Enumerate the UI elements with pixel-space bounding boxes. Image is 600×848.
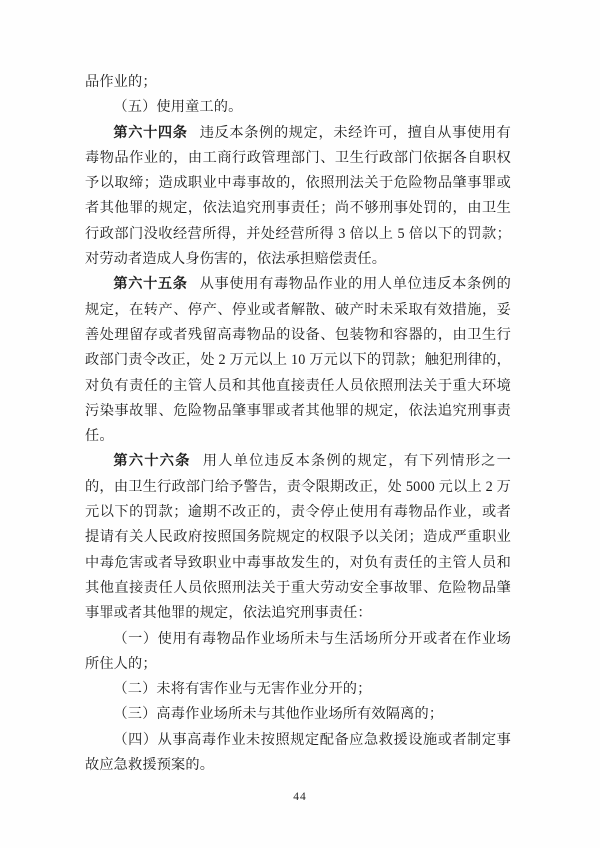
article-64-paragraph: 第六十四条违反本条例的规定，未经许可，擅自从事使用有毒物品作业的，由工商行政管理…	[85, 121, 511, 273]
list-item-2: （二）未将有害作业与无害作业分开的；	[85, 677, 511, 702]
list-item-1-text: （一）使用有毒物品作业场所未与生活场所分开或者在作业场所住人的；	[85, 631, 511, 672]
page-number: 44	[0, 791, 600, 803]
list-item-1: （一）使用有毒物品作业场所未与生活场所分开或者在作业场所住人的；	[85, 627, 511, 678]
document-body: 品作业的； （五）使用童工的。 第六十四条违反本条例的规定，未经许可，擅自从事使…	[85, 70, 511, 778]
article-66-text: 用人单位违反本条例的规定，有下列情形之一的，由卫生行政部门给予警告，责令限期改正…	[85, 453, 511, 621]
article-66-number: 第六十六条	[113, 453, 190, 469]
article-64-number: 第六十四条	[113, 125, 187, 141]
article-65-text: 从事使用有毒物品作业的用人单位违反本条例的规定，在转产、停产、停业或者解散、破产…	[85, 276, 511, 444]
article-64-text: 违反本条例的规定，未经许可，擅自从事使用有毒物品作业的，由工商行政管理部门、卫生…	[85, 125, 511, 267]
list-item-2-text: （二）未将有害作业与无害作业分开的；	[113, 681, 371, 697]
continuation-line: 品作业的；	[85, 70, 511, 95]
list-item-3-text: （三）高毒作业场所未与其他作业场所有效隔离的；	[113, 706, 443, 722]
list-item-5: （五）使用童工的。	[85, 95, 511, 120]
list-item-4-text: （四）从事高毒作业未按照规定配备应急救援设施或者制定事故应急救援预案的。	[85, 732, 511, 773]
continuation-line-text: 品作业的；	[85, 74, 157, 90]
article-65-paragraph: 第六十五条从事使用有毒物品作业的用人单位违反本条例的规定，在转产、停产、停业或者…	[85, 272, 511, 449]
list-item-4: （四）从事高毒作业未按照规定配备应急救援设施或者制定事故应急救援预案的。	[85, 728, 511, 779]
article-66-paragraph: 第六十六条用人单位违反本条例的规定，有下列情形之一的，由卫生行政部门给予警告，责…	[85, 449, 511, 626]
document-page: 品作业的； （五）使用童工的。 第六十四条违反本条例的规定，未经许可，擅自从事使…	[0, 0, 600, 848]
article-65-number: 第六十五条	[113, 276, 187, 292]
list-item-5-text: （五）使用童工的。	[113, 99, 242, 115]
list-item-3: （三）高毒作业场所未与其他作业场所有效隔离的；	[85, 702, 511, 727]
